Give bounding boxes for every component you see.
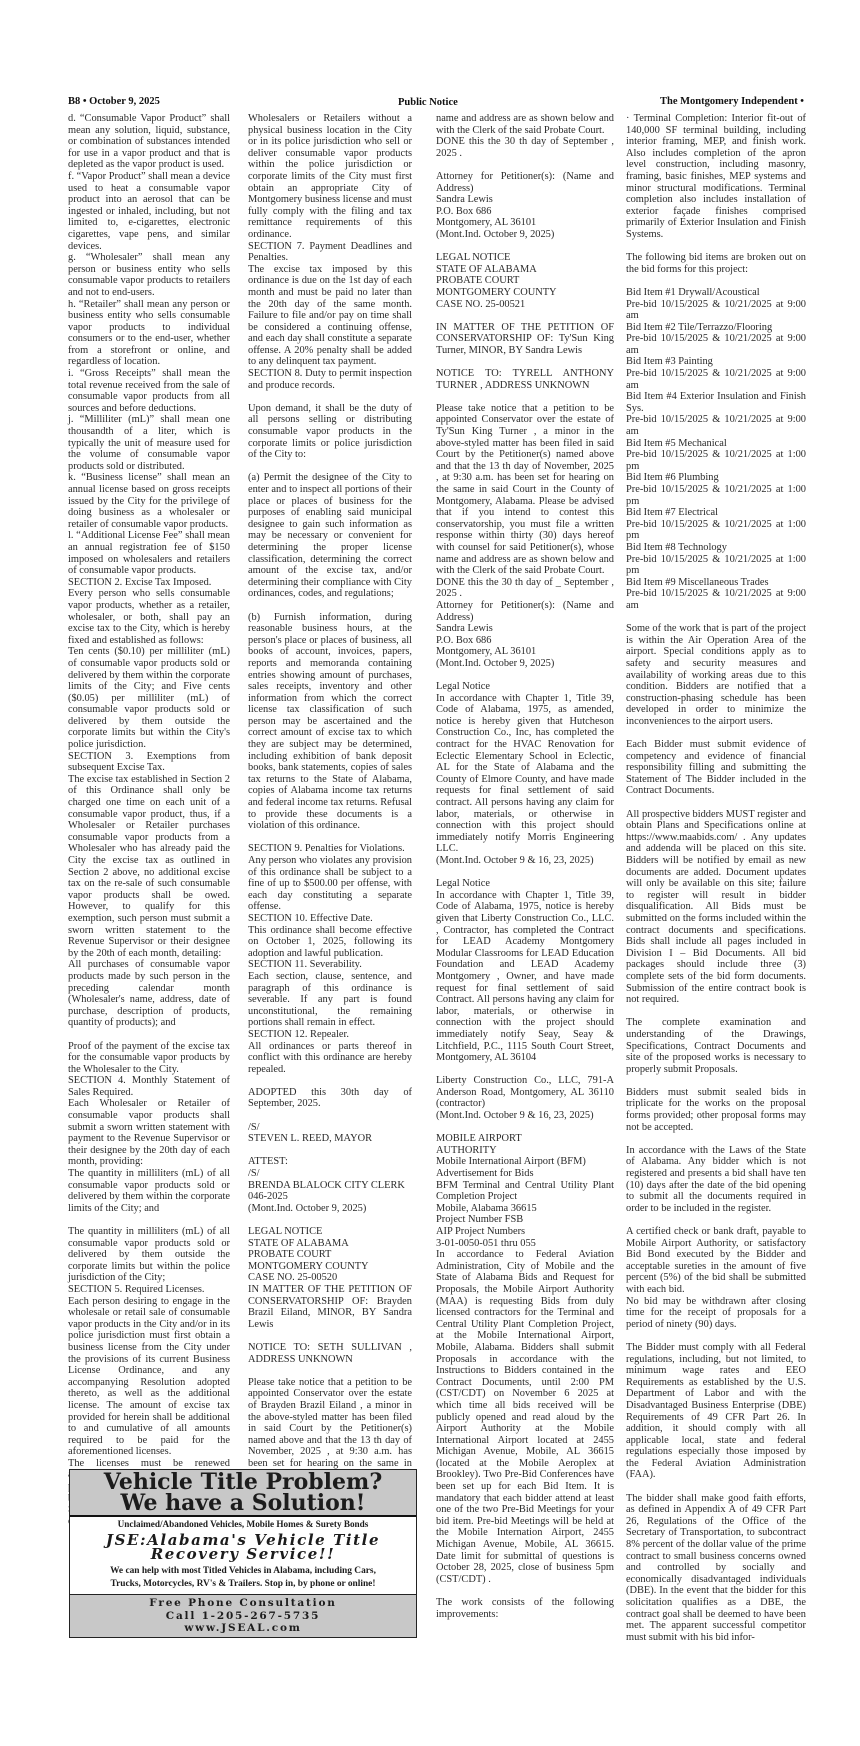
paragraph: All prospective bidders MUST register an… <box>626 809 806 1006</box>
paragraph: STATE OF ALABAMA <box>248 1238 412 1250</box>
paragraph: NOTICE TO: SETH SULLIVAN , ADDRESS UNKNO… <box>248 1342 412 1365</box>
paragraph: DONE this the 30 th day of September , 2… <box>436 136 614 159</box>
paragraph <box>626 797 806 809</box>
paragraph: BFM Terminal and Central Utility Plant C… <box>436 1180 614 1203</box>
paragraph <box>248 391 412 403</box>
paragraph: h. “Retailer” shall mean any person or b… <box>68 299 230 369</box>
paragraph: i. “Gross Receipts” shall mean the total… <box>68 368 230 414</box>
paragraph: Montgomery, AL 36101 <box>436 646 614 658</box>
paragraph <box>248 1214 412 1226</box>
paragraph: IN MATTER OF THE PETITION OF CONSERVATOR… <box>436 322 614 357</box>
paragraph: IN MATTER OF THE PETITION OF CONSERVATOR… <box>248 1284 412 1330</box>
paragraph: Some of the work that is part of the pro… <box>626 623 806 727</box>
column-1-ordinance-text: d. “Consumable Vapor Product” shall mean… <box>68 113 230 1527</box>
paragraph: Bid Item #3 Painting <box>626 356 806 368</box>
paragraph: The quantity in milliliters (mL) of all … <box>68 1168 230 1214</box>
paragraph <box>626 1075 806 1087</box>
paragraph: (Mont.Ind. October 9 & 16, 23, 2025) <box>436 1110 614 1122</box>
paragraph: The complete examination and understandi… <box>626 1017 806 1075</box>
paragraph <box>436 867 614 879</box>
paragraph: P.O. Box 686 <box>436 635 614 647</box>
paragraph <box>626 1133 806 1145</box>
paragraph: In accordance with Chapter 1, Title 39, … <box>436 693 614 855</box>
paragraph: CASE NO. 25-00520 <box>248 1272 412 1284</box>
paragraph: f. “Vapor Product” shall mean a device u… <box>68 171 230 252</box>
paragraph <box>436 159 614 171</box>
ad-phone: Call 1-205-267-5735 <box>70 1610 416 1623</box>
paragraph: (Mont.Ind. October 9 & 16, 23, 2025) <box>436 855 614 867</box>
paragraph: MONTGOMERY COUNTY <box>436 287 614 299</box>
paragraph: Bid Item #1 Drywall/Acoustical <box>626 287 806 299</box>
paragraph: Bid Item #7 Electrical <box>626 507 806 519</box>
paragraph <box>626 1214 806 1226</box>
ad-consultation: Free Phone Consultation <box>70 1597 416 1610</box>
paragraph: Montgomery, AL 36101 <box>436 217 614 229</box>
ad-headline-band: Vehicle Title Problem? We have a Solutio… <box>70 1470 416 1517</box>
paragraph <box>436 1585 614 1597</box>
publication-name: The Montgomery Independent • <box>660 96 804 107</box>
paragraph: SECTION 5. Required Licenses. <box>68 1284 230 1296</box>
paragraph: The quantity in milliliters (mL) of all … <box>68 1226 230 1284</box>
paragraph: 3-01-0050-051 thru 055 <box>436 1238 614 1250</box>
paragraph <box>68 1029 230 1041</box>
ad-subheadline: Unclaimed/Abandoned Vehicles, Mobile Hom… <box>70 1517 416 1531</box>
paragraph <box>436 391 614 403</box>
ad-brand: JSE:Alabama's Vehicle Title Recovery Ser… <box>70 1531 416 1565</box>
paragraph: Any person who violates any provision of… <box>248 855 412 913</box>
column-3-legal-notices: name and address are as shown below and … <box>436 113 614 1620</box>
paragraph: Bid Item #2 Tile/Terrazzo/Flooring <box>626 322 806 334</box>
paragraph: The work consists of the following impro… <box>436 1597 614 1620</box>
paragraph: All ordinances or parts thereof in confl… <box>248 1041 412 1076</box>
paragraph: Legal Notice <box>436 878 614 890</box>
paragraph: Sandra Lewis <box>436 194 614 206</box>
paragraph: STEVEN L. REED, MAYOR <box>248 1133 412 1145</box>
paragraph: SECTION 9. Penalties for Violations. <box>248 843 412 855</box>
paragraph: PROBATE COURT <box>248 1249 412 1261</box>
paragraph: (b) Furnish information, during reasonab… <box>248 612 412 832</box>
paragraph: Please take notice that a petition to be… <box>436 403 614 577</box>
page-header: B8 • October 9, 2025 Public Notice The M… <box>68 96 804 112</box>
paragraph: name and address are as shown below and … <box>436 113 614 136</box>
paragraph: Wholesalers or Retailers without a physi… <box>248 113 412 241</box>
paragraph <box>248 600 412 612</box>
paragraph <box>68 1214 230 1226</box>
paragraph: AIP Project Numbers <box>436 1226 614 1238</box>
paragraph: No bid may be withdrawn after closing ti… <box>626 1296 806 1331</box>
paragraph: (a) Permit the designee of the City to e… <box>248 472 412 600</box>
paragraph: The excise tax imposed by this ordinance… <box>248 264 412 368</box>
paragraph <box>248 461 412 473</box>
paragraph <box>248 1330 412 1342</box>
paragraph: NOTICE TO: TYRELL ANTHONY TURNER , ADDRE… <box>436 368 614 391</box>
paragraph: MONTGOMERY COUNTY <box>248 1261 412 1273</box>
paragraph: CASE NO. 25-00521 <box>436 299 614 311</box>
paragraph <box>626 241 806 253</box>
paragraph: j. “Milliliter (mL)” shall mean one thou… <box>68 414 230 472</box>
paragraph: SECTION 10. Effective Date. <box>248 913 412 925</box>
paragraph: In accordance with the Laws of the State… <box>626 1145 806 1215</box>
paragraph: k. “Business license” shall mean an annu… <box>68 472 230 530</box>
paragraph: Bid Item #5 Mechanical <box>626 438 806 450</box>
paragraph <box>436 241 614 253</box>
paragraph: ADOPTED this 30th day of September, 2025… <box>248 1087 412 1110</box>
paragraph: In accordance with Chapter 1, Title 39, … <box>436 890 614 1064</box>
ad-description-line-2: Trucks, Motorcycles, RV's & Trailers. St… <box>74 1578 412 1591</box>
paragraph: In accordance to Federal Aviation Admini… <box>436 1249 614 1585</box>
paragraph: SECTION 2. Excise Tax Imposed. <box>68 577 230 589</box>
paragraph: BRENDA BLALOCK CITY CLERK <box>248 1180 412 1192</box>
paragraph <box>436 1122 614 1134</box>
paragraph: SECTION 8. Duty to permit inspection and… <box>248 368 412 391</box>
paragraph <box>626 612 806 624</box>
paragraph: All purchases of consumable vapor produc… <box>68 959 230 1029</box>
column-2-ordinance-and-probate: Wholesalers or Retailers without a physi… <box>248 113 412 1551</box>
paragraph: Pre-bid 10/15/2025 & 10/21/2025 at 9:00 … <box>626 414 806 437</box>
paragraph <box>626 1330 806 1342</box>
paragraph: Liberty Construction Co., LLC, 791-A And… <box>436 1075 614 1110</box>
paragraph: Proof of the payment of the excise tax f… <box>68 1041 230 1076</box>
paragraph: Upon demand, it shall be the duty of all… <box>248 403 412 461</box>
paragraph: SECTION 12. Repealer. <box>248 1029 412 1041</box>
paragraph: SECTION 3. Exemptions from subsequent Ex… <box>68 751 230 774</box>
paragraph <box>248 1145 412 1157</box>
vehicle-title-advertisement: Vehicle Title Problem? We have a Solutio… <box>69 1469 417 1638</box>
paragraph: Bid Item #9 Miscellaneous Trades <box>626 577 806 589</box>
ad-contact-band: Free Phone Consultation Call 1-205-267-5… <box>70 1594 416 1637</box>
paragraph: Each Bidder must submit evidence of comp… <box>626 739 806 797</box>
paragraph: MOBILE AIRPORT <box>436 1133 614 1145</box>
paragraph: Mobile, Alabama 36615 <box>436 1203 614 1215</box>
section-title: Public Notice <box>398 97 458 108</box>
paragraph <box>626 1006 806 1018</box>
paragraph <box>626 275 806 287</box>
paragraph <box>436 356 614 368</box>
paragraph <box>436 310 614 322</box>
paragraph: Pre-bid 10/15/2025 & 10/21/2025 at 1:00 … <box>626 519 806 542</box>
paragraph: PROBATE COURT <box>436 275 614 287</box>
paragraph: This ordinance shall become effective on… <box>248 925 412 960</box>
paragraph <box>626 727 806 739</box>
paragraph: Pre-bid 10/15/2025 & 10/21/2025 at 9:00 … <box>626 588 806 611</box>
paragraph: DONE this the 30 th day of _ September ,… <box>436 577 614 600</box>
paragraph: Bid Item #4 Exterior Insulation and Fini… <box>626 391 806 414</box>
paragraph: (Mont.Ind. October 9, 2025) <box>436 658 614 670</box>
paragraph <box>626 1481 806 1493</box>
paragraph: Attorney for Petitioner(s): (Name and Ad… <box>436 600 614 623</box>
paragraph: SECTION 11. Severability. <box>248 959 412 971</box>
ad-website: www.JSEAL.com <box>70 1622 416 1635</box>
page-number-date: B8 • October 9, 2025 <box>68 96 160 107</box>
paragraph: /S/ <box>248 1122 412 1134</box>
ad-description-line-1: We can help with most Titled Vehicles in… <box>74 1565 412 1578</box>
paragraph: Bidders must submit sealed bids in tripl… <box>626 1087 806 1133</box>
paragraph: Each Wholesaler or Retailer of consumabl… <box>68 1098 230 1168</box>
paragraph: Attorney for Petitioner(s): (Name and Ad… <box>436 171 614 194</box>
ad-headline-line-2: We have a Solution! <box>70 1493 416 1514</box>
paragraph: d. “Consumable Vapor Product” shall mean… <box>68 113 230 171</box>
paragraph: l. “Additional License Fee” shall mean a… <box>68 530 230 576</box>
paragraph: Pre-bid 10/15/2025 & 10/21/2025 at 1:00 … <box>626 484 806 507</box>
paragraph: ATTEST: <box>248 1156 412 1168</box>
paragraph: The Bidder must comply with all Federal … <box>626 1342 806 1481</box>
paragraph: Advertisement for Bids <box>436 1168 614 1180</box>
paragraph: Pre-bid 10/15/2025 & 10/21/2025 at 1:00 … <box>626 554 806 577</box>
paragraph: (Mont.Ind. October 9, 2025) <box>248 1203 412 1215</box>
paragraph: SECTION 4. Monthly Statement of Sales Re… <box>68 1075 230 1098</box>
paragraph: LEGAL NOTICE <box>248 1226 412 1238</box>
paragraph: The bidder shall make good faith efforts… <box>626 1493 806 1644</box>
paragraph: Mobile International Airport (BFM) <box>436 1156 614 1168</box>
paragraph: Each person desiring to engage in the wh… <box>68 1296 230 1458</box>
paragraph: A certified check or bank draft, payable… <box>626 1226 806 1296</box>
paragraph: Pre-bid 10/15/2025 & 10/21/2025 at 9:00 … <box>626 333 806 356</box>
paragraph: Pre-bid 10/15/2025 & 10/21/2025 at 9:00 … <box>626 299 806 322</box>
paragraph: SECTION 7. Payment Deadlines and Penalti… <box>248 241 412 264</box>
paragraph <box>248 832 412 844</box>
paragraph: Each section, clause, sentence, and para… <box>248 971 412 1029</box>
paragraph: (Mont.Ind. October 9, 2025) <box>436 229 614 241</box>
paragraph: P.O. Box 686 <box>436 206 614 218</box>
paragraph: Pre-bid 10/15/2025 & 10/21/2025 at 9:00 … <box>626 368 806 391</box>
paragraph: STATE OF ALABAMA <box>436 264 614 276</box>
paragraph: Project Number FSB <box>436 1214 614 1226</box>
paragraph: Sandra Lewis <box>436 623 614 635</box>
paragraph: Bid Item #8 Technology <box>626 542 806 554</box>
paragraph <box>436 1064 614 1076</box>
paragraph: The following bid items are broken out o… <box>626 252 806 275</box>
paragraph <box>248 1110 412 1122</box>
paragraph: Ten cents ($0.10) per milliliter (mL) of… <box>68 646 230 750</box>
paragraph: LEGAL NOTICE <box>436 252 614 264</box>
paragraph <box>248 1365 412 1377</box>
paragraph <box>248 1075 412 1087</box>
paragraph: AUTHORITY <box>436 1145 614 1157</box>
ad-description: We can help with most Titled Vehicles in… <box>70 1565 416 1594</box>
paragraph: /S/ <box>248 1168 412 1180</box>
paragraph: The excise tax established in Section 2 … <box>68 774 230 960</box>
paragraph: · Terminal Completion: Interior fit-out … <box>626 113 806 241</box>
paragraph: g. “Wholesaler” shall mean any person or… <box>68 252 230 298</box>
paragraph: Legal Notice <box>436 681 614 693</box>
column-4-airport-bid-notice: · Terminal Completion: Interior fit-out … <box>626 113 806 1643</box>
paragraph: Every person who sells consumable vapor … <box>68 588 230 646</box>
paragraph: 046-2025 <box>248 1191 412 1203</box>
paragraph: Bid Item #6 Plumbing <box>626 472 806 484</box>
paragraph: Pre-bid 10/15/2025 & 10/21/2025 at 1:00 … <box>626 449 806 472</box>
ad-brand-line-2: Recovery Service!! <box>70 1547 416 1561</box>
paragraph <box>436 670 614 682</box>
